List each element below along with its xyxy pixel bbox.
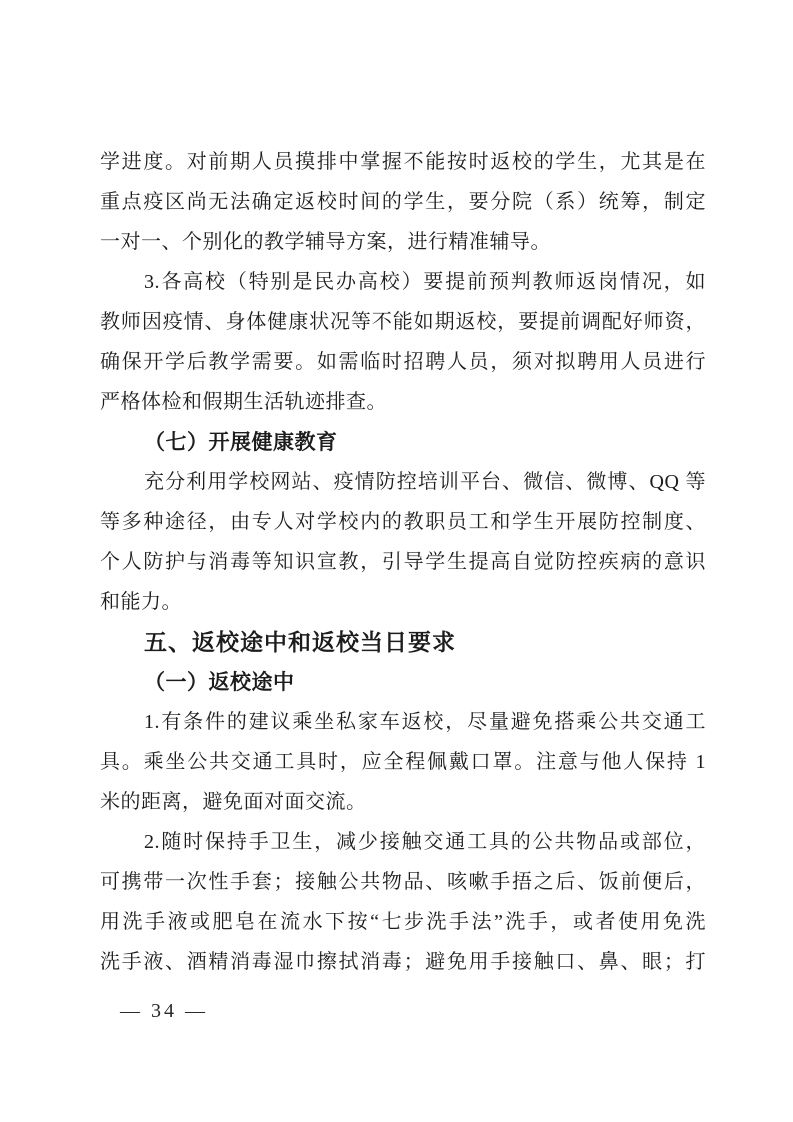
text-line: 个人防护与消毒等知识宣教，引导学生提高自觉防控疾病的意识 xyxy=(100,542,706,582)
page-number: — 34 — xyxy=(120,994,208,1028)
text-line: 2.随时保持手卫生，减少接触交通工具的公共物品或部位， xyxy=(100,822,706,862)
section-heading-on-the-way: （一）返校途中 xyxy=(100,662,706,702)
text-line: 充分利用学校网站、疫情防控培训平台、微信、微博、QQ 等 xyxy=(100,462,706,502)
text-line: 重点疫区尚无法确定返校时间的学生，要分院（系）统筹，制定 xyxy=(100,182,706,222)
text-line: 学进度。对前期人员摸排中掌握不能按时返校的学生，尤其是在 xyxy=(100,142,706,182)
text-line: 确保开学后教学需要。如需临时招聘人员，须对拟聘用人员进行 xyxy=(100,342,706,382)
document-body: 学进度。对前期人员摸排中掌握不能按时返校的学生，尤其是在 重点疫区尚无法确定返校… xyxy=(100,142,706,982)
document-page: 学进度。对前期人员摸排中掌握不能按时返校的学生，尤其是在 重点疫区尚无法确定返校… xyxy=(0,0,793,1122)
text-line: 一对一、个别化的教学辅导方案，进行精准辅导。 xyxy=(100,222,706,262)
text-line: 用洗手液或肥皂在流水下按“七步洗手法”洗手，或者使用免洗 xyxy=(100,902,706,942)
text-line: 洗手液、酒精消毒湿巾擦拭消毒；避免用手接触口、鼻、眼；打 xyxy=(100,942,706,982)
text-line: 和能力。 xyxy=(100,582,706,622)
text-line: 等多种途径，由专人对学校内的教职员工和学生开展防控制度、 xyxy=(100,502,706,542)
text-line: 具。乘坐公共交通工具时，应全程佩戴口罩。注意与他人保持 1 xyxy=(100,742,706,782)
text-line: 米的距离，避免面对面交流。 xyxy=(100,782,706,822)
text-line: 教师因疫情、身体健康状况等不能如期返校，要提前调配好师资， xyxy=(100,302,706,342)
text-line: 1.有条件的建议乘坐私家车返校，尽量避免搭乘公共交通工 xyxy=(100,702,706,742)
text-line: 可携带一次性手套；接触公共物品、咳嗽手捂之后、饭前便后， xyxy=(100,862,706,902)
section-heading-health-education: （七）开展健康教育 xyxy=(100,422,706,462)
text-line: 严格体检和假期生活轨迹排查。 xyxy=(100,382,706,422)
chapter-heading-return-journey: 五、返校途中和返校当日要求 xyxy=(100,622,706,662)
text-line: 3.各高校（特别是民办高校）要提前预判教师返岗情况，如 xyxy=(100,262,706,302)
